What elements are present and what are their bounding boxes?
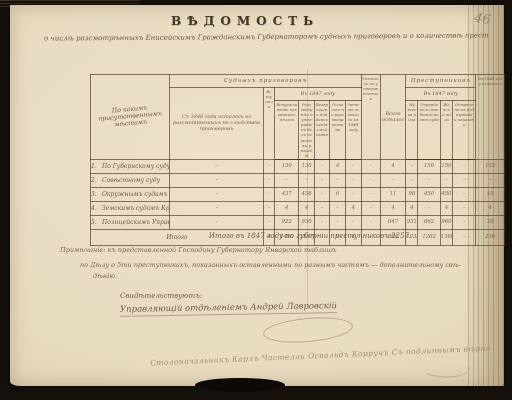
cell: 4: [476, 201, 505, 215]
cell: 662: [418, 215, 440, 229]
col-header-1848: Въ 1848 году осталось: [476, 75, 505, 160]
cell: -: [361, 173, 380, 187]
cell: 4: [406, 201, 418, 215]
cell: 4: [440, 201, 452, 215]
cell: -: [418, 201, 440, 215]
col-header: Оставлено въ подозрѣніи и наказано: [452, 101, 475, 160]
group-header-sentences: Судныхъ приговоровъ: [170, 75, 361, 88]
cell: -: [314, 215, 329, 229]
subgroup-header-1847-prisoners: Въ 1847 году: [406, 88, 476, 101]
bottom-shadow-blotch: [195, 378, 285, 392]
col-header-places: По какимъ присутственнымъ мѣстамъ: [91, 75, 170, 160]
table-row: 4.Земскимъ судамъ Красноярска - - 4 4 - …: [91, 201, 505, 215]
cell: -: [361, 187, 380, 201]
table-row: 5.Полицейскимъ Управленіямъ - - 922 930 …: [91, 215, 505, 229]
cell: 6: [329, 187, 345, 201]
cell: -: [170, 187, 264, 201]
cell: 4: [346, 201, 361, 215]
col-header-remaining: Осталось не утвержденныхъ: [361, 75, 380, 160]
note-line-1: Примѣчаніе: къ представленной Господину …: [60, 246, 337, 254]
cell: -: [346, 215, 361, 229]
photographed-archival-page: ВѢДОМОСТЬ о числѣ разсмотрѣнныхъ Енисейс…: [0, 0, 512, 400]
row-label: Окружнымъ судамъ и Земскимъ: [102, 191, 170, 198]
cell: 130: [275, 159, 299, 173]
group-header-prisoners: Преступниковъ: [406, 75, 476, 88]
cell: -: [263, 201, 274, 215]
cell: 930: [299, 215, 314, 229]
document-subtitle: о числѣ разсмотрѣнныхъ Енисейскимъ Гражд…: [44, 31, 488, 42]
table-row: 2.Совѣстному суду - - - - - - - - - - - …: [91, 173, 505, 187]
row-label: Полицейскимъ Управленіямъ: [102, 219, 170, 226]
cell: -: [418, 173, 440, 187]
cell: -: [329, 201, 345, 215]
cell: -: [314, 187, 329, 201]
row-label: По Губернскому суду: [102, 163, 170, 170]
cell: -: [263, 215, 274, 229]
cell: -: [440, 173, 452, 187]
cell: -: [452, 215, 475, 229]
col-header-entered: Вступило: [263, 88, 274, 160]
attestation-label: Свидѣтельствуютъ:: [120, 292, 202, 300]
cell: 4: [380, 201, 405, 215]
document-page: ВѢДОМОСТЬ о числѣ разсмотрѣнныхъ Енисейс…: [10, 5, 504, 386]
cell: 4: [329, 159, 345, 173]
col-header: Разсмотрѣно и утверждено безъ перемѣны р…: [299, 101, 314, 160]
cell: -: [275, 173, 299, 187]
cell: 922: [275, 215, 299, 229]
register-table: По какимъ присутственнымъ мѣстамъ Судных…: [90, 74, 505, 246]
document-title: ВѢДОМОСТЬ: [10, 14, 480, 28]
table-row: 1.По Губернскому суду — - 130 138 - 4 - …: [91, 159, 505, 173]
cell: 98: [406, 187, 418, 201]
cell: 138: [299, 159, 314, 173]
cell: -: [263, 173, 274, 187]
cell: -: [170, 201, 264, 215]
cell: -: [314, 173, 329, 187]
cell: 11: [380, 187, 405, 201]
cell: -: [314, 201, 329, 215]
cell: -: [361, 159, 380, 173]
cell: -: [476, 173, 505, 187]
cell: 150: [440, 159, 452, 173]
cell: 450: [440, 187, 452, 201]
cell: -: [346, 173, 361, 187]
cell: 150: [418, 159, 440, 173]
cell: -: [346, 187, 361, 201]
col-header: Женска пола: [440, 101, 452, 160]
cell: -: [406, 173, 418, 187]
subgroup-header-1847: Въ 1847 году: [275, 88, 362, 101]
grand-total-line: Итого въ 1847 году по губерніи преступни…: [150, 232, 470, 240]
col-header: Осталось не разсмотрѣнными: [329, 101, 345, 160]
row-label: Совѣстному суду: [102, 177, 160, 184]
cell: 437: [275, 187, 299, 201]
note-line-3: дѣнію.: [93, 272, 117, 280]
cell: 931: [406, 215, 418, 229]
cell: 438: [299, 187, 314, 201]
cell: 4: [299, 201, 314, 215]
col-header-total: Всего осталось: [380, 75, 405, 160]
table-row: 3.Окружнымъ судамъ и Земскимъ - - 437 43…: [91, 187, 505, 201]
cell: -: [452, 187, 475, 201]
note-line-2: по Дѣлу о 5ти преступникахъ, показанныхъ…: [80, 261, 490, 269]
cell: -: [361, 215, 380, 229]
cell: -: [263, 187, 274, 201]
cell: -: [170, 215, 264, 229]
cell: 4: [380, 159, 405, 173]
cell: 960: [440, 215, 452, 229]
cell: 45: [476, 187, 505, 201]
cell: -: [452, 173, 475, 187]
col-header: Мужеска пола: [406, 101, 418, 160]
signature-flourish: [262, 314, 354, 346]
cell: 647: [380, 215, 405, 229]
cell: -: [452, 159, 475, 173]
cell: -: [314, 159, 329, 173]
cell: 39: [476, 215, 505, 229]
col-header: Возвращено для дополненія слѣдствія: [314, 101, 329, 160]
cell: -: [406, 159, 418, 173]
cell: 4: [275, 201, 299, 215]
row-label: Земскимъ судамъ Красноярска: [102, 205, 170, 212]
cell: -: [380, 173, 405, 187]
col-header: Оправдано и освобождено отъ суда: [418, 101, 440, 160]
cell: 239: [476, 229, 505, 245]
cell: —: [170, 159, 264, 173]
pencil-page-number: 46: [473, 11, 491, 28]
cell: -: [263, 159, 274, 173]
cell: 152: [476, 159, 505, 173]
cell: -: [452, 201, 475, 215]
col-header: Вступило вновь изъ разныхъ мѣстъ: [275, 101, 299, 160]
cell: -: [346, 159, 361, 173]
cell: -: [329, 215, 345, 229]
signature-official: Управляющій отдѣленіемъ Андрей Лавровскі…: [120, 301, 337, 317]
col-header-1846-left: Съ 1846 года осталось не разсмотрѣнныхъ …: [170, 88, 264, 160]
cell: -: [299, 173, 314, 187]
cell: -: [170, 173, 264, 187]
cell: 450: [418, 187, 440, 201]
cell: -: [361, 201, 380, 215]
cell: -: [329, 173, 345, 187]
col-header: Затѣмъ осталось къ 1848 году: [346, 101, 361, 160]
